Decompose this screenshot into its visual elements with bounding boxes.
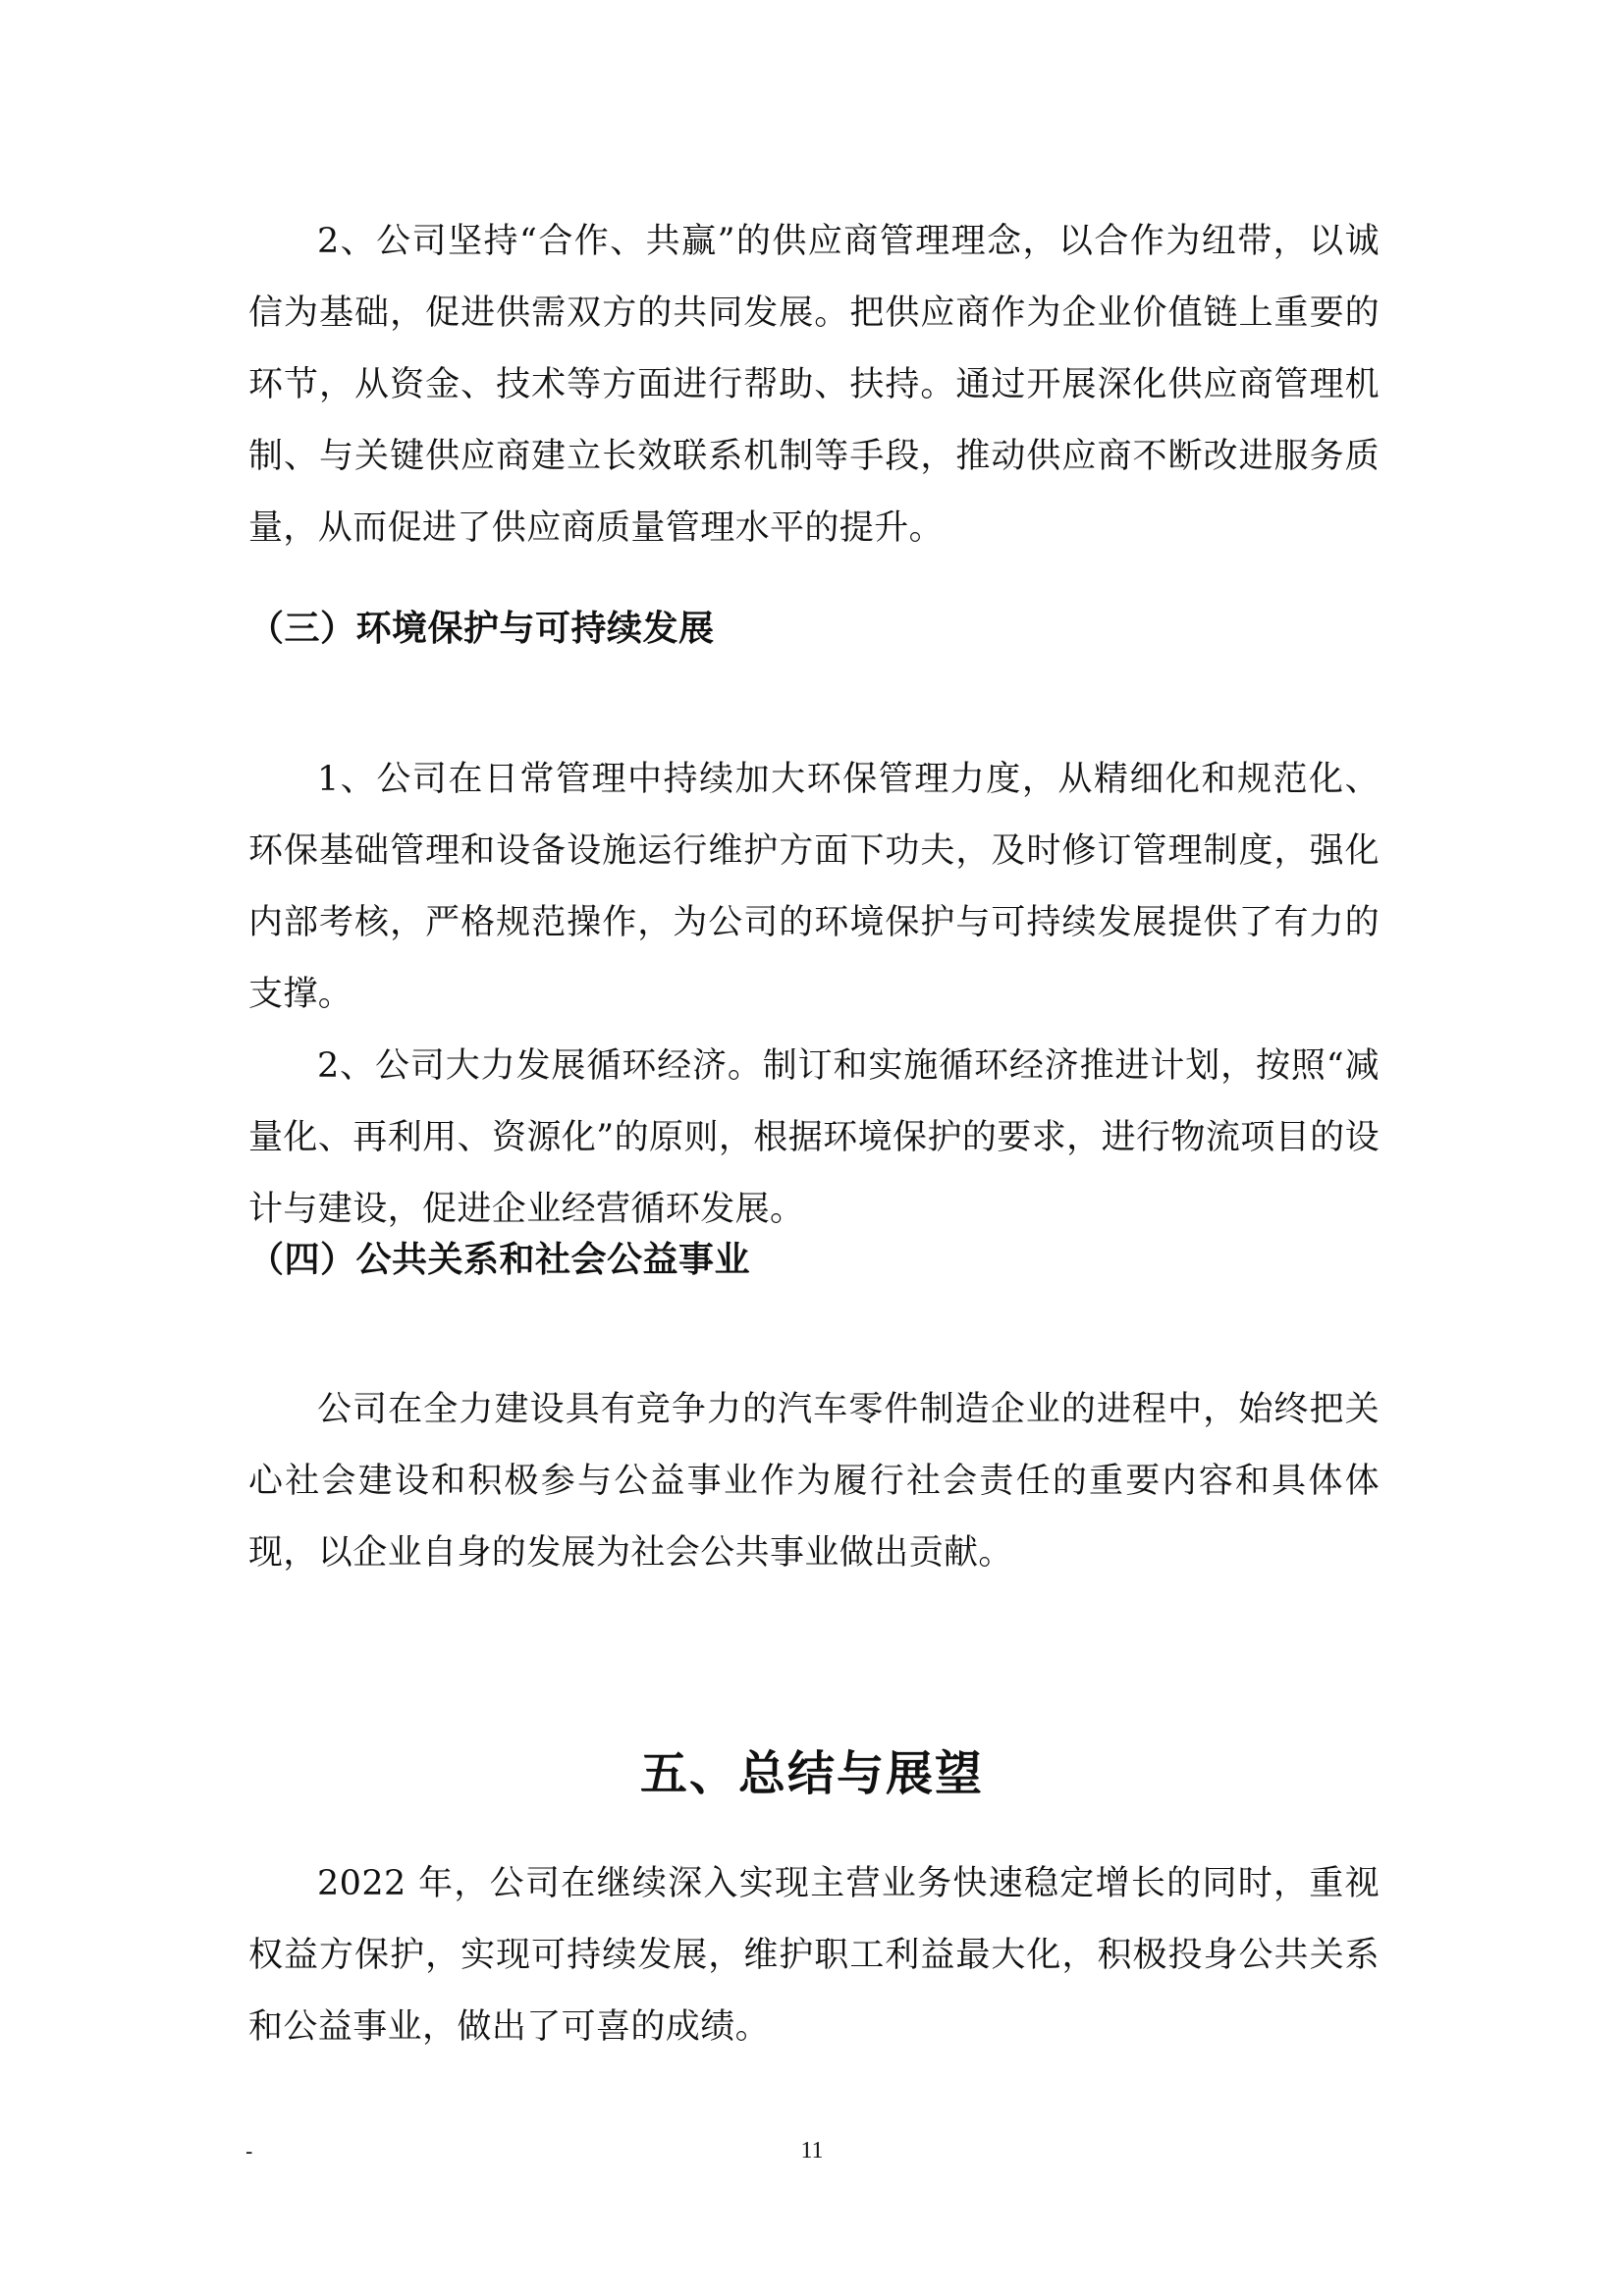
chapter-five-body: 2022 年，公司在继续深入实现主营业务快速稳定增长的同时，重视权益方保护，实现… bbox=[248, 1848, 1380, 2063]
section-heading-public-relations: （四）公共关系和社会公益事业 bbox=[248, 1235, 1380, 1284]
section-two-item-block: 2、公司坚持“合作、共赢”的供应商管理理念，以合作为纽带，以诚信为基础，促进供需… bbox=[248, 206, 1380, 564]
summary-paragraph: 2022 年，公司在继续深入实现主营业务快速稳定增长的同时，重视权益方保护，实现… bbox=[248, 1848, 1380, 2063]
section-four-heading-block: （四）公共关系和社会公益事业 bbox=[248, 1235, 1380, 1284]
document-page: 2、公司坚持“合作、共赢”的供应商管理理念，以合作为纽带，以诚信为基础，促进供需… bbox=[0, 0, 1624, 2296]
environment-paragraph-2: 2、公司大力发展循环经济。制订和实施循环经济推进计划，按照“减量化、再利用、资源… bbox=[248, 1031, 1380, 1246]
section-four-body: 公司在全力建设具有竞争力的汽车零件制造企业的进程中，始终把关心社会建设和积极参与… bbox=[248, 1374, 1380, 1589]
section-three-body: 1、公司在日常管理中持续加大环保管理力度，从精细化和规范化、环保基础管理和设备设… bbox=[248, 744, 1380, 1246]
page-number: 11 bbox=[0, 2136, 1624, 2165]
section-heading-environment: （三）环境保护与可持续发展 bbox=[248, 604, 1380, 653]
chapter-heading-summary: 五、总结与展望 bbox=[0, 1744, 1624, 1803]
supplier-management-paragraph: 2、公司坚持“合作、共赢”的供应商管理理念，以合作为纽带，以诚信为基础，促进供需… bbox=[248, 206, 1380, 564]
section-three-heading-block: （三）环境保护与可持续发展 bbox=[248, 604, 1380, 653]
environment-paragraph-1: 1、公司在日常管理中持续加大环保管理力度，从精细化和规范化、环保基础管理和设备设… bbox=[248, 744, 1380, 1031]
public-welfare-paragraph: 公司在全力建设具有竞争力的汽车零件制造企业的进程中，始终把关心社会建设和积极参与… bbox=[248, 1374, 1380, 1589]
